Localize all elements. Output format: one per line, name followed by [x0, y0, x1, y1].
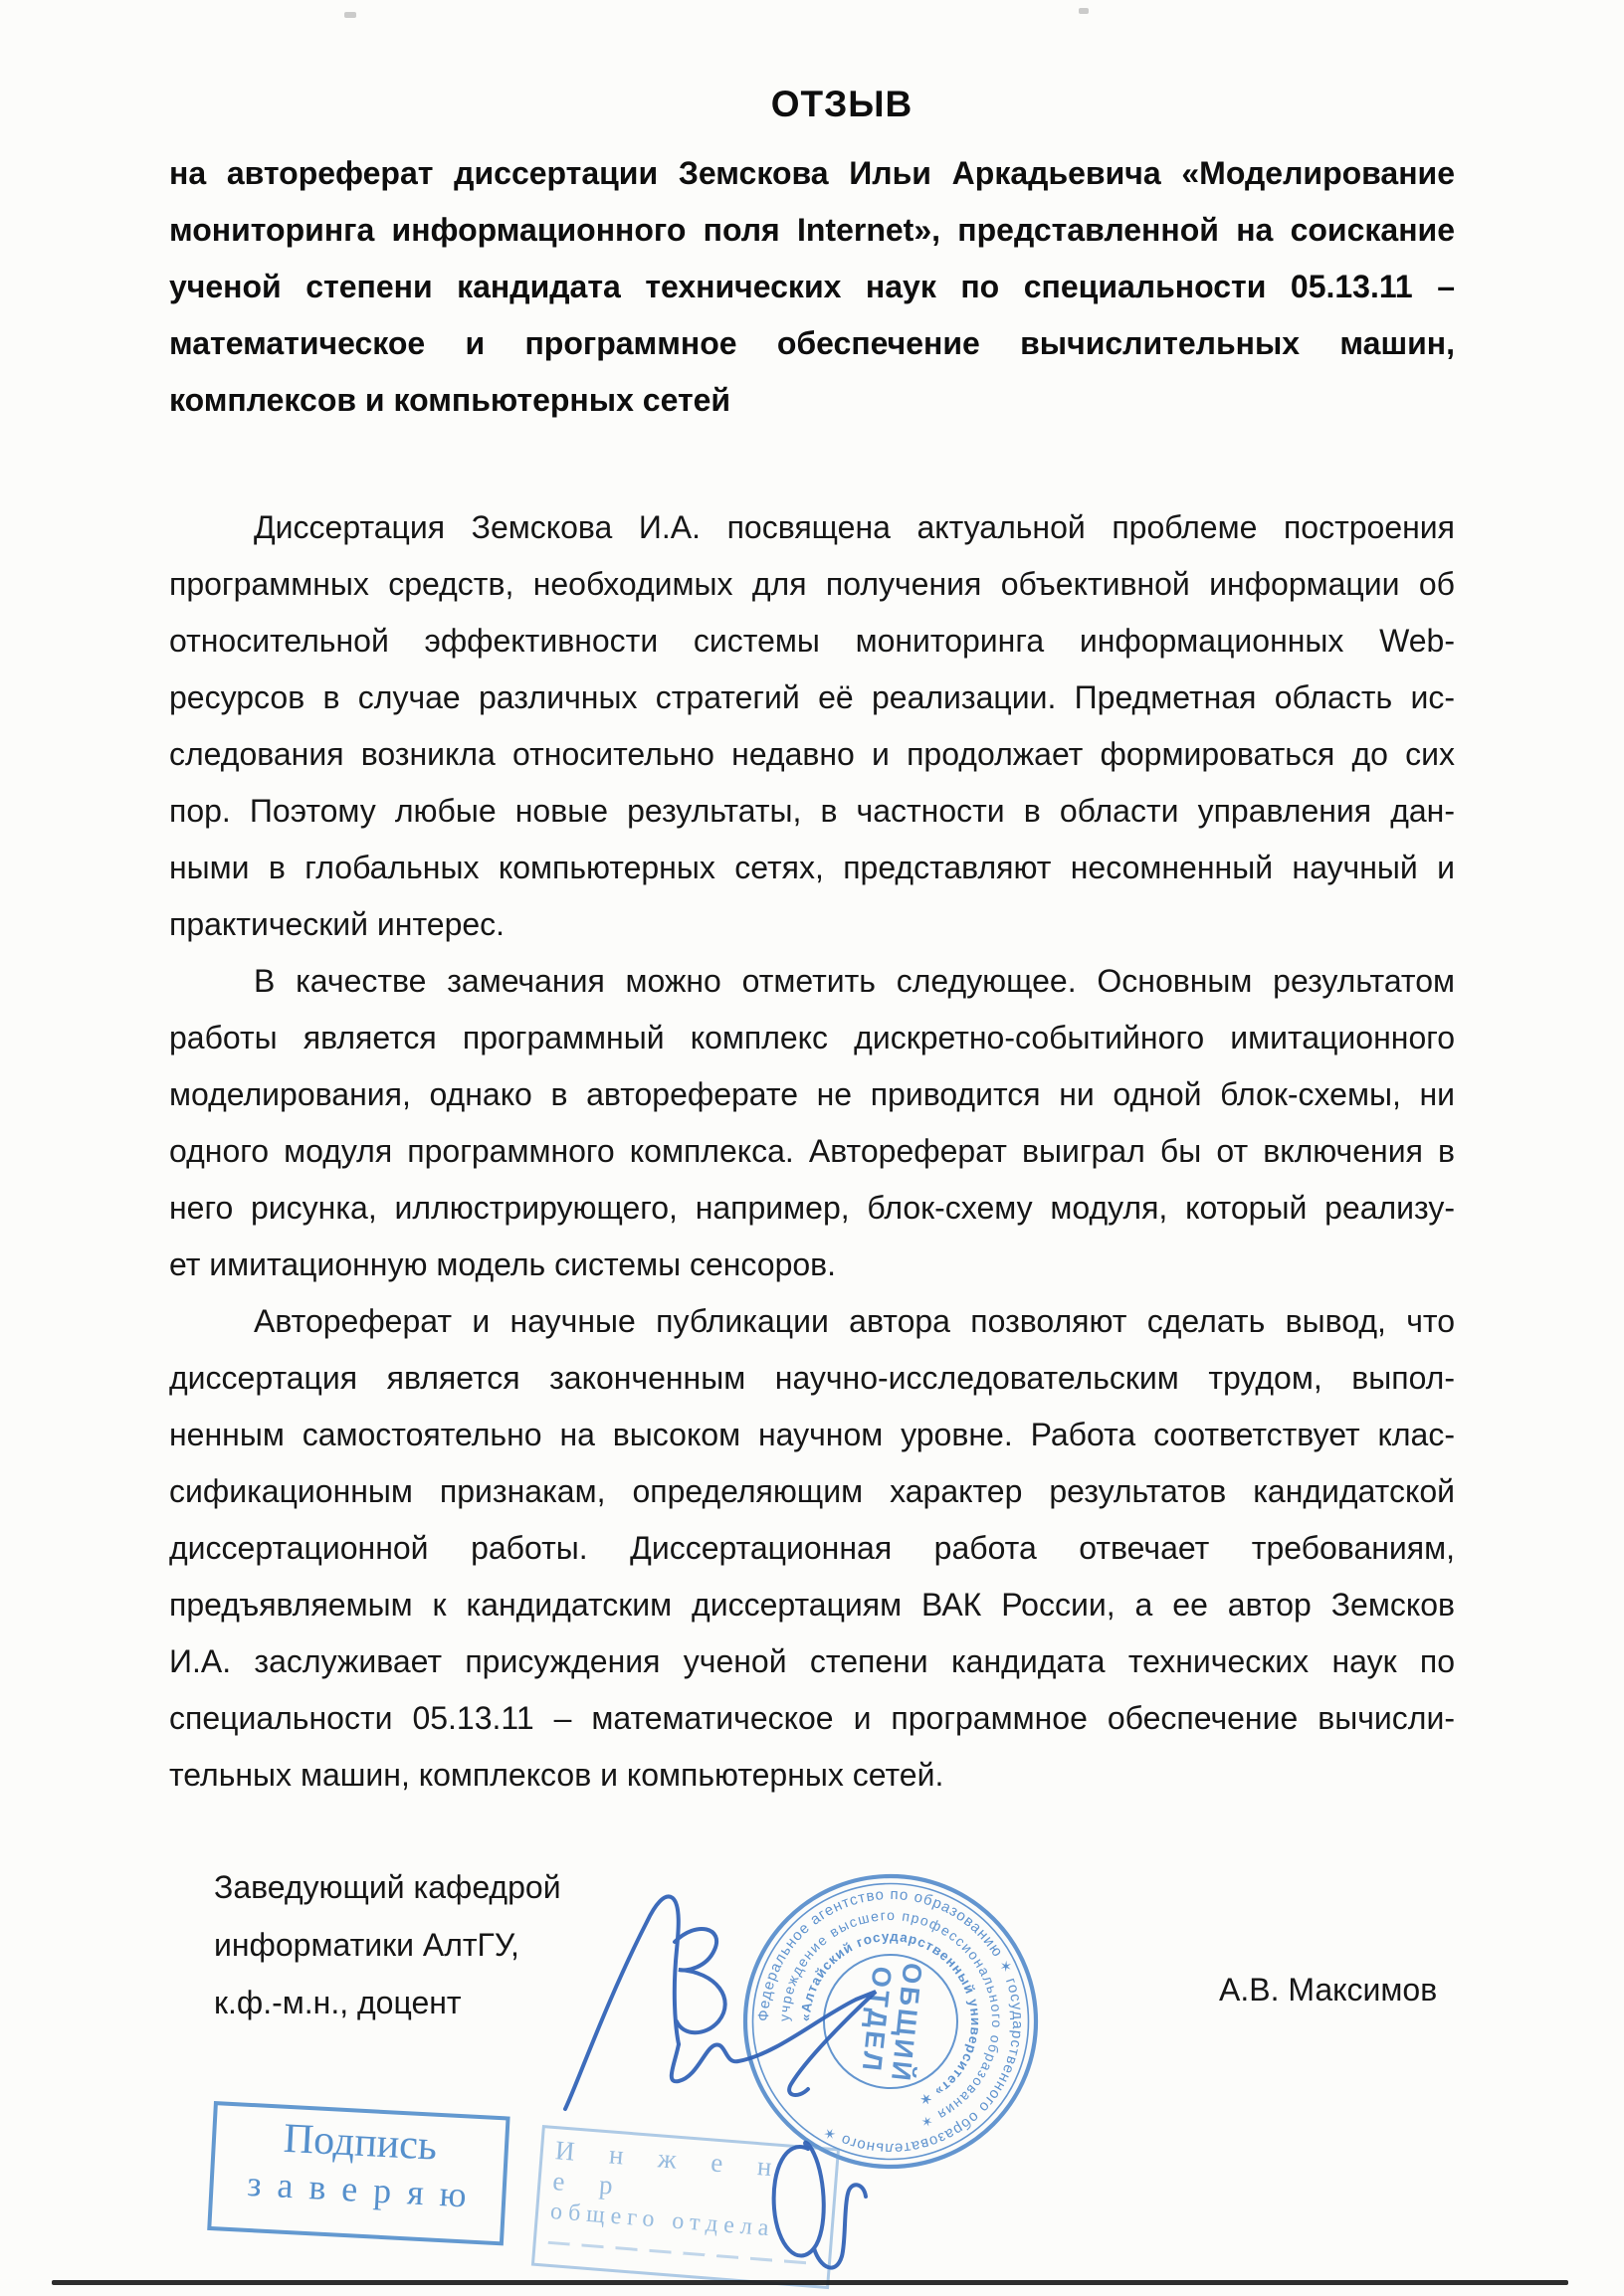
header-paragraph: на автореферат диссертации Земскова Ильи…	[169, 145, 1455, 429]
text-line: ными в глобальных компьютерных сетях, пр…	[169, 840, 1455, 896]
scan-speck	[1079, 8, 1089, 14]
text-line: математическое и программное обеспечение…	[169, 315, 1455, 372]
text-line: ресурсов в случае различных стратегий её…	[169, 670, 1455, 726]
text-line: ет имитационную модель системы сенсоров.	[169, 1237, 1455, 1293]
body-paragraph-2: В качестве замечания можно отметить след…	[169, 953, 1455, 1293]
text-line: предъявляемым к кандидатским диссертация…	[169, 1577, 1455, 1633]
body-paragraph-3: Автореферат и научные публикации автора …	[169, 1293, 1455, 1804]
text-line: специальности 05.13.11 – математическое …	[169, 1690, 1455, 1747]
text-line: одного модуля программного комплекса. Ав…	[169, 1123, 1455, 1180]
text-line: Диссертация Земскова И.А. посвящена акту…	[169, 499, 1455, 556]
body-paragraph-1: Диссертация Земскова И.А. посвящена акту…	[169, 499, 1455, 953]
text-line: Автореферат и научные публикации автора …	[169, 1293, 1455, 1350]
text-line: него рисунка, иллюстрирующего, например,…	[169, 1180, 1455, 1237]
text-line: диссертационной работы. Диссертационная …	[169, 1520, 1455, 1577]
text-line: практический интерес.	[169, 896, 1455, 953]
handwritten-signature	[547, 1850, 975, 2296]
signer-name: А.В. Максимов	[1219, 1972, 1437, 2009]
scan-speck	[344, 12, 356, 18]
text-line: диссертация является законченным научно-…	[169, 1350, 1455, 1407]
text-line: сификационным признакам, определяющим ха…	[169, 1463, 1455, 1520]
text-line: И.А. заслуживает присуждения ученой степ…	[169, 1633, 1455, 1690]
text-line: мониторинга информационного поля Interne…	[169, 202, 1455, 259]
document-title: ОТЗЫВ	[199, 84, 1485, 125]
text-line: ученой степени кандидата технических нау…	[169, 259, 1455, 315]
text-line: Заведующий кафедрой	[214, 1858, 561, 1916]
text-line: работы является программный комплекс дис…	[169, 1010, 1455, 1066]
signature-title-block: Заведующий кафедройинформатики АлтГУ,к.ф…	[214, 1858, 561, 2031]
certify-stamp: Подпись заверяю	[207, 2101, 509, 2245]
text-line: моделирования, однако в автореферате не …	[169, 1066, 1455, 1123]
text-line: ненным самостоятельно на высоком научном…	[169, 1407, 1455, 1463]
text-line: программных средств, необходимых для пол…	[169, 556, 1455, 613]
text-line: тельных машин, комплексов и компьютерных…	[169, 1747, 1455, 1804]
text-line: на автореферат диссертации Земскова Ильи…	[169, 145, 1455, 202]
scanned-review-page: ОТЗЫВ на автореферат диссертации Земсков…	[0, 0, 1624, 2296]
text-line: к.ф.-м.н., доцент	[214, 1974, 561, 2031]
text-line: относительной эффективности системы мони…	[169, 613, 1455, 670]
text-line: В качестве замечания можно отметить след…	[169, 953, 1455, 1010]
scan-artifact-line	[52, 2280, 1568, 2285]
text-line: информатики АлтГУ,	[214, 1916, 561, 1974]
text-line: следования возникла относительно недавно…	[169, 726, 1455, 783]
text-line: пор. Поэтому любые новые результаты, в ч…	[169, 783, 1455, 840]
text-line: комплексов и компьютерных сетей	[169, 372, 1455, 429]
